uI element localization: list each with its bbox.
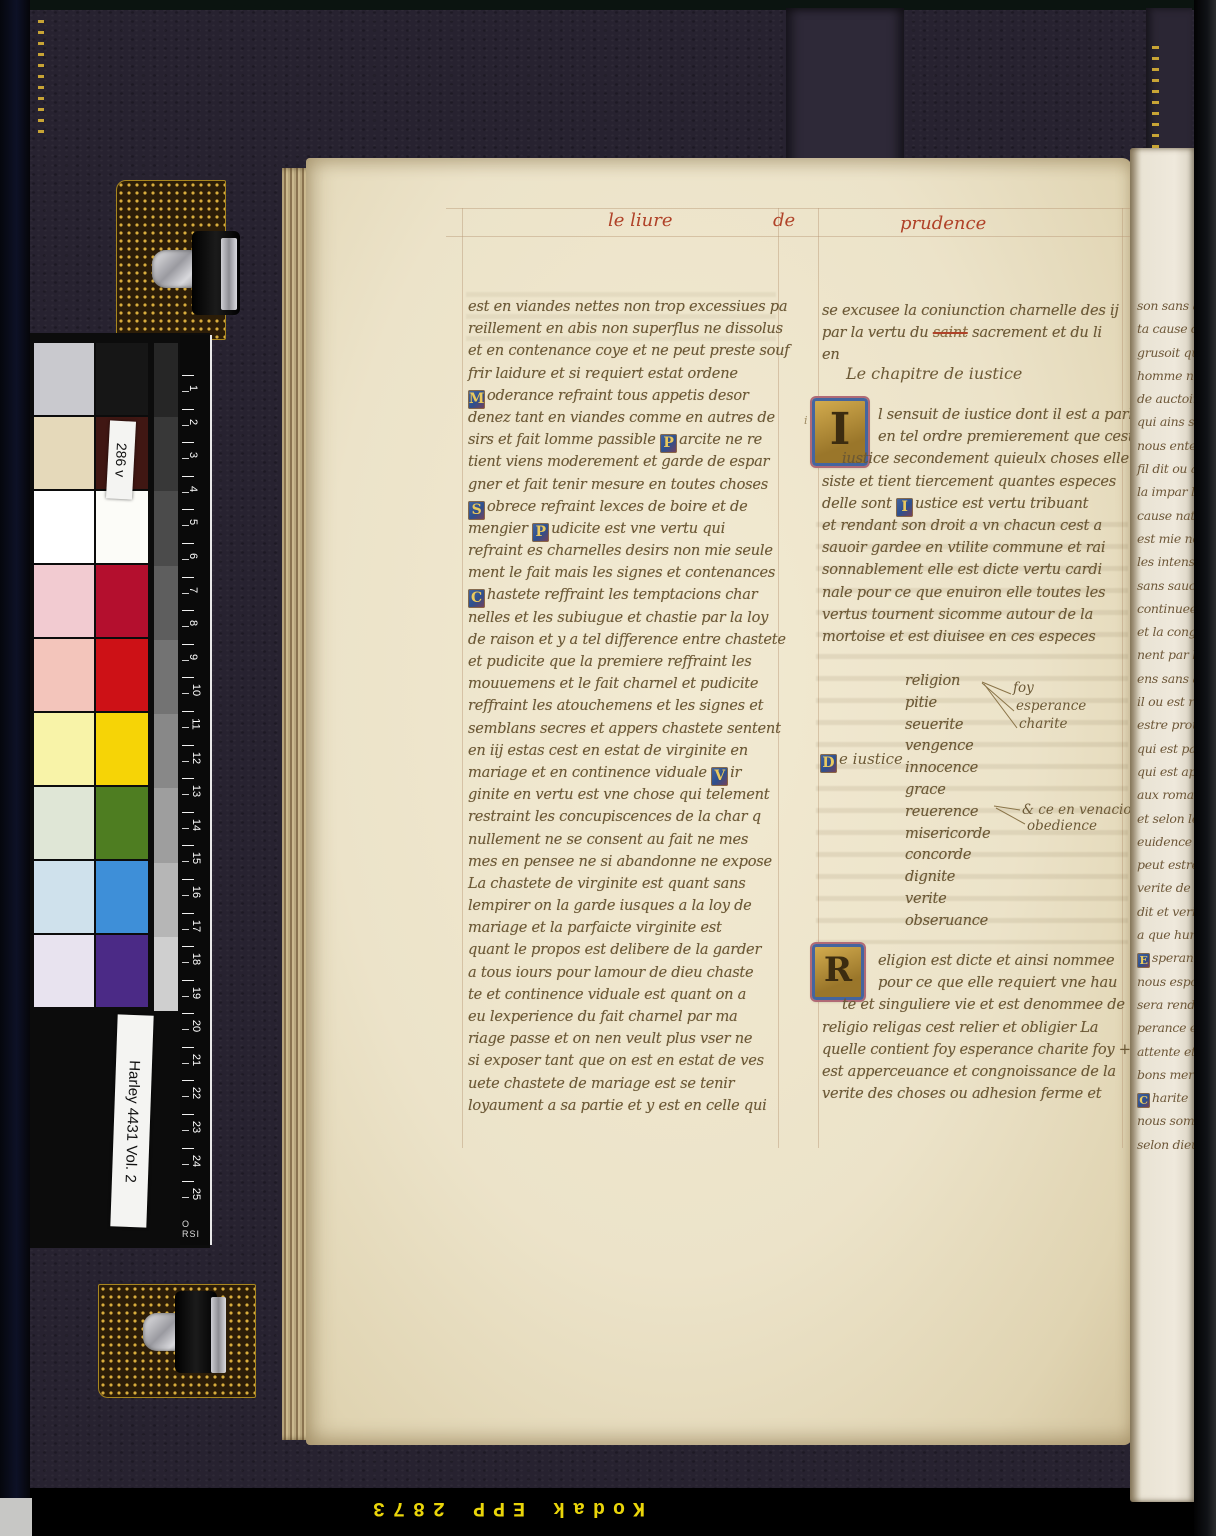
ruler-number: 23 xyxy=(190,1121,202,1133)
ruler-mark: 14 xyxy=(180,812,210,846)
gray-step xyxy=(154,937,178,1011)
ruler-scale: 1234567891011121314151617181920212223242… xyxy=(180,375,210,1215)
facing-text-line: qui ains soit xyxy=(1130,410,1194,433)
color-patch xyxy=(96,713,148,785)
facing-text-line: dit et verigon xyxy=(1130,900,1194,923)
ruler-number: 11 xyxy=(190,718,202,729)
ruler-number: 8 xyxy=(187,620,199,626)
facing-text-line: et la congnoistre xyxy=(1130,620,1194,643)
ruler-mark: 6 xyxy=(180,543,210,577)
facing-text-line: qui est par desse xyxy=(1130,737,1194,760)
ruler-number: 14 xyxy=(190,819,202,831)
color-patch xyxy=(34,417,94,489)
color-patch xyxy=(34,787,94,859)
page-clip-strip-top xyxy=(221,238,237,310)
gray-step xyxy=(154,343,178,417)
ruler-number: 19 xyxy=(190,987,202,999)
facing-text-line: nous espoirs de lo xyxy=(1130,970,1194,993)
illuminated-initial: C xyxy=(1137,1093,1150,1108)
color-patch xyxy=(34,343,94,415)
ruler-number: 2 xyxy=(187,419,199,425)
ruler-number: 5 xyxy=(187,519,199,525)
facing-text-line: euidence en sens xyxy=(1130,830,1194,853)
facing-text-line: estre prouuee ne xyxy=(1130,713,1194,736)
facing-text-line: Esperance e xyxy=(1130,946,1194,969)
facing-text-line: qui est apperceuan xyxy=(1130,760,1194,783)
ruler-mark: 10 xyxy=(180,677,210,711)
color-patch xyxy=(96,565,148,637)
ruler-mark: 19 xyxy=(180,980,210,1014)
manuscript-page: le liure de prudence est en viandes nett… xyxy=(306,158,1132,1445)
facing-text-line: verite de la ton xyxy=(1130,876,1194,899)
ruler-mark: 4 xyxy=(180,476,210,510)
facing-text-line: Charite xyxy=(1130,1086,1194,1109)
ruler-mark: 12 xyxy=(180,745,210,779)
ruler-mark: 13 xyxy=(180,778,210,812)
film-brand-label: Kodak EPP 2873 xyxy=(320,1492,690,1522)
gray-step xyxy=(154,714,178,788)
text-line: est apperceuance et congnoissance de la xyxy=(822,1061,1122,1083)
facing-text-line: bons merites et xyxy=(1130,1063,1194,1086)
color-calibration-card: 1234567891011121314151617181920212223242… xyxy=(30,333,210,1248)
ruler-mark: 5 xyxy=(180,509,210,543)
color-patch xyxy=(96,343,148,415)
gray-step xyxy=(154,788,178,862)
color-patch xyxy=(34,861,94,933)
gray-step xyxy=(154,417,178,491)
facing-text-line: son sans auo xyxy=(1130,294,1194,317)
ruler-mark: 25 xyxy=(180,1181,210,1215)
ruler-mark: 3 xyxy=(180,442,210,476)
facing-text-line: nous entendone xyxy=(1130,434,1194,457)
film-top-edge xyxy=(0,0,1216,10)
facing-text-line: nent par bien con xyxy=(1130,643,1194,666)
text-column-right-religion: eligion est dicte et ainsi nommeepour ce… xyxy=(822,950,1122,1105)
facing-text-line: a que humaine xyxy=(1130,923,1194,946)
facing-text-line: et selon les th xyxy=(1130,807,1194,830)
facing-text-line: ta cause dicelle xyxy=(1130,317,1194,340)
grayscale-strip xyxy=(154,343,178,1011)
folio-label: 286 v xyxy=(106,420,136,499)
ruler-mark: 20 xyxy=(180,1013,210,1047)
facing-text-line: les intensions a xyxy=(1130,550,1194,573)
text-line: religio religas cest relier et obligier … xyxy=(822,1017,1122,1039)
facing-text-line: il ou est raison xyxy=(1130,690,1194,713)
film-right-edge xyxy=(1194,0,1216,1536)
gilt-edge-dots-right xyxy=(1152,46,1159,156)
ruler-number: 3 xyxy=(187,452,199,458)
gilt-edge-dots-left xyxy=(38,20,44,140)
ruler-number: 21 xyxy=(190,1054,202,1066)
ruler-number: 18 xyxy=(190,953,202,965)
ruler-mark: 16 xyxy=(180,879,210,913)
shelfmark-label: Harley 4431 Vol. 2 xyxy=(110,1014,153,1227)
film-left-edge xyxy=(0,0,30,1536)
felt-strap xyxy=(786,8,904,176)
facing-text-line: continuees par xyxy=(1130,597,1194,620)
ruler-mark: 24 xyxy=(180,1148,210,1182)
facing-text-line: fil dit ou as xyxy=(1130,457,1194,480)
ruler-mark: 1 xyxy=(180,375,210,409)
illuminated-initial: E xyxy=(1137,953,1150,968)
list-connector-lines xyxy=(306,158,1132,1445)
ruler-number: 6 xyxy=(187,553,199,559)
facing-text-line: sera rendu par ce xyxy=(1130,993,1194,1016)
ruler-number: 22 xyxy=(190,1087,202,1099)
ruler-number: 24 xyxy=(190,1155,202,1167)
ruler-mark: 18 xyxy=(180,946,210,980)
ruler-mark: 8 xyxy=(180,610,210,644)
ruler-number: 10 xyxy=(190,684,202,696)
facing-text-line: perance est certain xyxy=(1130,1016,1194,1039)
ruler-number: 20 xyxy=(190,1020,202,1032)
ruler-mark: 11 xyxy=(180,711,210,745)
ruler-number: 4 xyxy=(187,486,199,492)
facing-text-line: grusoit que d xyxy=(1130,341,1194,364)
facing-text-line: de auctoires q xyxy=(1130,387,1194,410)
facing-text-line: sans sauoir que est xyxy=(1130,574,1194,597)
ruler-mark: 23 xyxy=(180,1114,210,1148)
ruler-number: 16 xyxy=(190,886,202,898)
color-patch xyxy=(34,935,94,1007)
ruler-mark: 7 xyxy=(180,577,210,611)
ruler-mark: 22 xyxy=(180,1080,210,1114)
color-patch xyxy=(96,787,148,859)
facing-text-line: homme nons une xyxy=(1130,364,1194,387)
color-patch xyxy=(34,713,94,785)
facing-text-line: la impar la verite xyxy=(1130,480,1194,503)
ruler-mark: 2 xyxy=(180,409,210,443)
film-corner xyxy=(0,1498,32,1536)
facing-page-text: son sans auota cause dicellegrusoit que … xyxy=(1130,148,1194,1156)
ruler-number: 1 xyxy=(187,385,199,391)
ruler-mark: 9 xyxy=(180,644,210,678)
gray-step xyxy=(154,863,178,937)
facing-text-line: ens sans auoir la xyxy=(1130,667,1194,690)
gray-step xyxy=(154,491,178,565)
ruler-number: 25 xyxy=(190,1188,202,1200)
ruler-footer-label: O RSI xyxy=(182,1219,210,1239)
facing-text-line: aux romans a xyxy=(1130,783,1194,806)
ruler-number: 9 xyxy=(187,654,199,660)
color-patch xyxy=(34,639,94,711)
facing-text-line: selon dieu per xyxy=(1130,1133,1194,1156)
ruler-mark: 15 xyxy=(180,845,210,879)
ruler-number: 17 xyxy=(190,919,202,931)
facing-text-line: attente eternelle xyxy=(1130,1040,1194,1063)
page-clip-strip-bottom xyxy=(211,1297,226,1373)
color-patch xyxy=(96,935,148,1007)
facing-text-line: cause naturelle xyxy=(1130,504,1194,527)
gray-step xyxy=(154,640,178,714)
ruler: 1234567891011121314151617181920212223242… xyxy=(180,335,212,1245)
ruler-number: 15 xyxy=(190,852,202,864)
facing-text-line: nous somes promis xyxy=(1130,1109,1194,1132)
color-patch xyxy=(34,565,94,637)
facing-text-line: peut estre compa xyxy=(1130,853,1194,876)
text-line: pour ce que elle requiert vne hau xyxy=(822,972,1122,994)
text-line: te et singuliere vie et est denommee de xyxy=(822,994,1122,1016)
ruler-mark: 17 xyxy=(180,913,210,947)
ruler-number: 13 xyxy=(190,785,202,797)
text-line: eligion est dicte et ainsi nommee xyxy=(822,950,1122,972)
color-patch xyxy=(34,491,94,563)
gray-step xyxy=(154,566,178,640)
facing-page-edge: son sans auota cause dicellegrusoit que … xyxy=(1130,148,1194,1502)
ruler-mark: 21 xyxy=(180,1047,210,1081)
text-line: quelle contient foy esperance charite fo… xyxy=(822,1039,1122,1061)
manuscript-photograph: 1234567891011121314151617181920212223242… xyxy=(0,0,1216,1536)
color-patch xyxy=(96,639,148,711)
ruler-number: 7 xyxy=(187,587,199,593)
color-patch xyxy=(96,861,148,933)
text-line: verite des choses ou adhesion ferme et xyxy=(822,1083,1122,1105)
ruler-number: 12 xyxy=(190,751,202,763)
facing-text-line: est mie necessaire xyxy=(1130,527,1194,550)
color-patch xyxy=(96,491,148,563)
